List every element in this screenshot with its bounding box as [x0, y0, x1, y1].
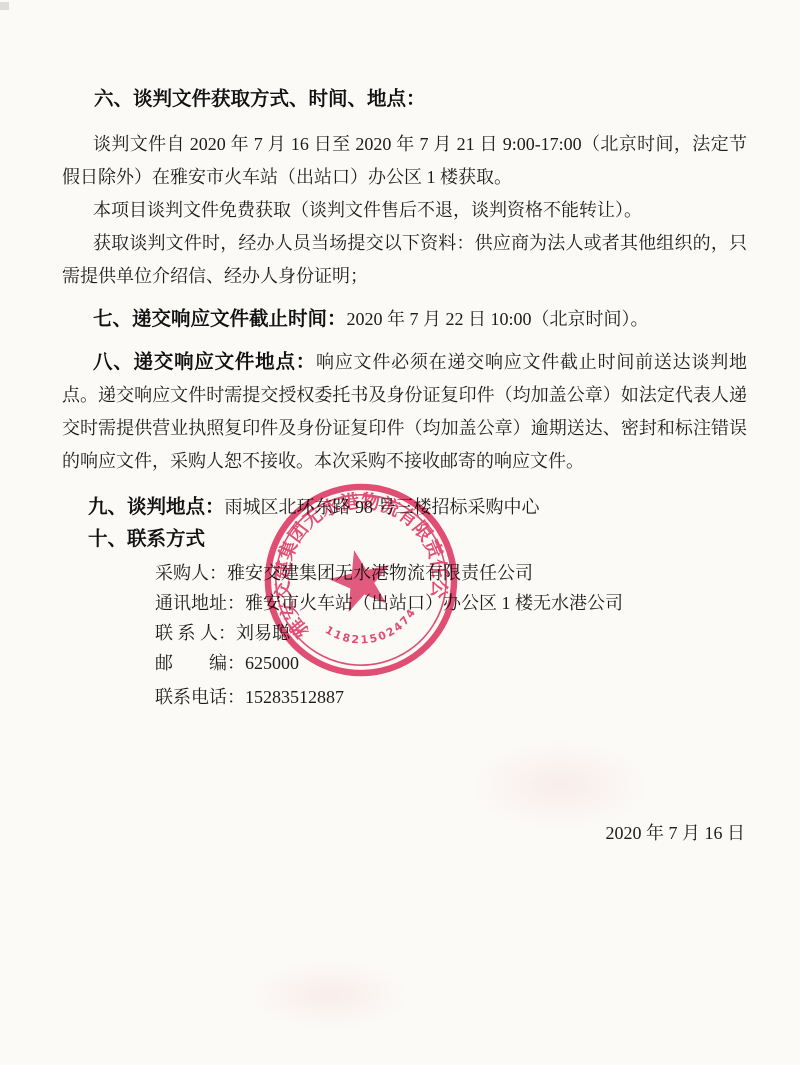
document-date: 2020 年 7 月 16 日	[62, 819, 747, 845]
contact-label: 通讯地址：	[155, 593, 245, 613]
contact-label: 邮 编：	[155, 653, 245, 673]
section-9-heading: 九、谈判地点：	[88, 496, 225, 518]
scan-smudge	[250, 960, 410, 1030]
contact-label: 联 系 人：	[155, 623, 236, 643]
section-6-paragraph-3: 获取谈判文件时，经办人员当场提交以下资料：供应商为法人或者其他组织的，只需提供单…	[62, 227, 747, 293]
section-8-heading: 八、递交响应文件地点：	[93, 351, 316, 373]
section-8: 八、递交响应文件地点：响应文件必须在递交响应文件截止时间前送达谈判地点。递交响应…	[62, 346, 747, 478]
section-7-text: 2020 年 7 月 22 日 10:00（北京时间）。	[347, 309, 649, 329]
section-6-heading: 六、谈判文件获取方式、时间、地点：	[62, 86, 747, 113]
document-body: 六、谈判文件获取方式、时间、地点： 谈判文件自 2020 年 7 月 16 日至…	[0, 0, 800, 845]
section-7: 七、递交响应文件截止时间：2020 年 7 月 22 日 10:00（北京时间）…	[62, 303, 747, 336]
contact-row-phone: 联系电话：15283512887	[155, 682, 747, 712]
star-icon	[324, 543, 398, 615]
document-page: 六、谈判文件获取方式、时间、地点： 谈判文件自 2020 年 7 月 16 日至…	[0, 0, 800, 1065]
contact-label: 联系电话：	[155, 687, 245, 707]
section-6-paragraph-2: 本项目谈判文件免费获取（谈判文件售后不退，谈判资格不能转让）。	[62, 194, 747, 227]
section-6-paragraph-1: 谈判文件自 2020 年 7 月 16 日至 2020 年 7 月 21 日 9…	[62, 128, 747, 194]
section-7-heading: 七、递交响应文件截止时间：	[93, 308, 347, 330]
contact-label: 采购人：	[155, 563, 227, 583]
